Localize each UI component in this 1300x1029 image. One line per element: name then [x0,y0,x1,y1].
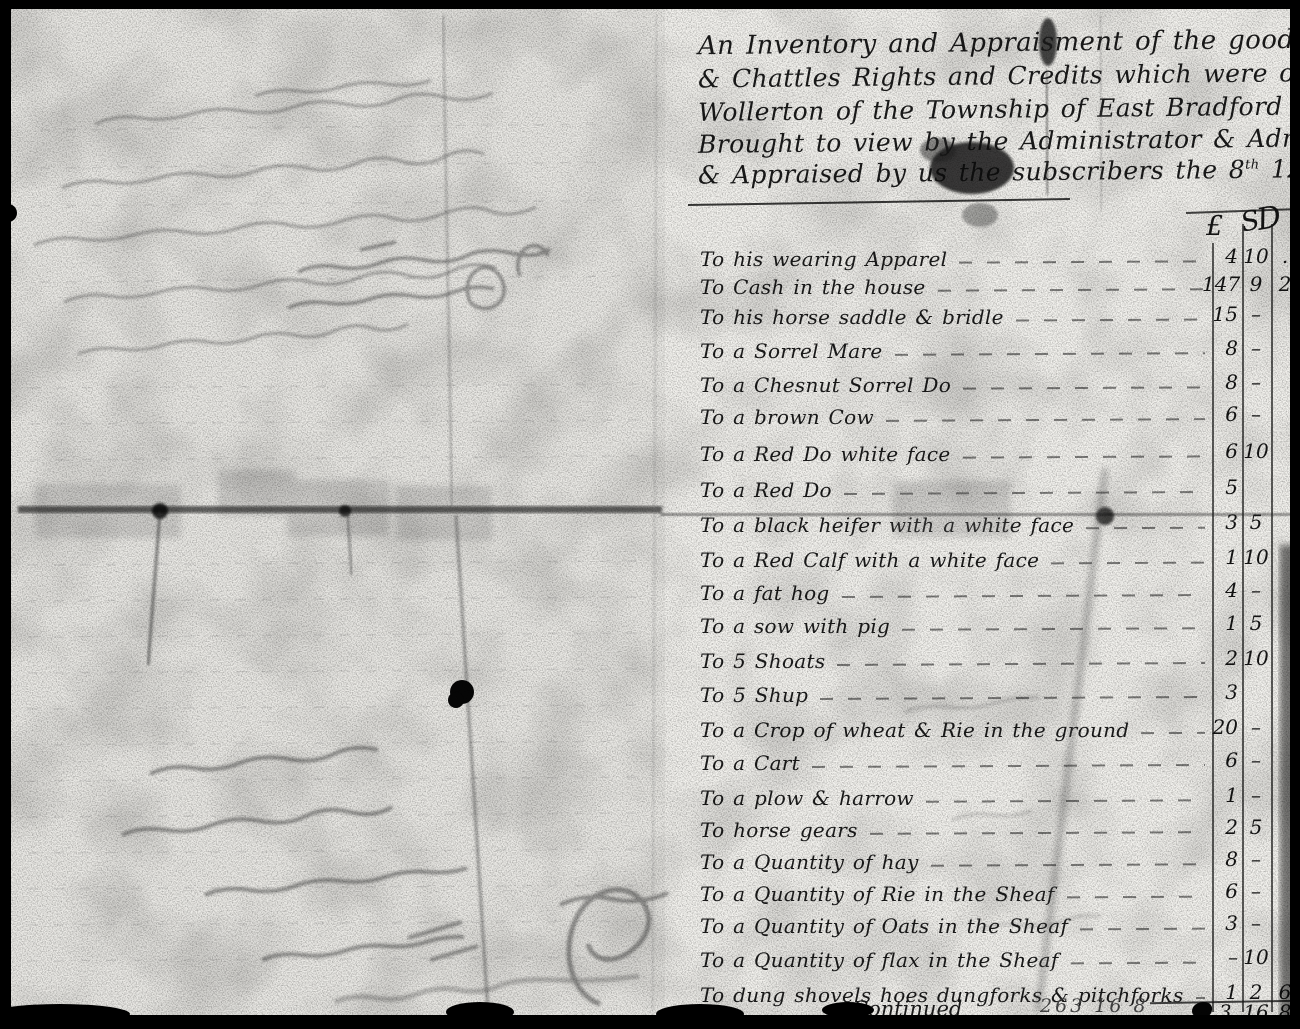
pencil-total-annotation: 263 16 8 [1040,996,1149,1016]
row-line: To a Chesnut Sorrel Do [700,367,1205,397]
item-pounds: 2 [1202,812,1238,842]
title-date-sup-th: th [1245,157,1260,172]
row-line: To a brown Cow [700,399,1205,429]
inventory-row: To a Quantity of Rie in the Sheaf 6 – [0,876,1300,906]
item-pounds: 1 [1202,780,1238,810]
item-shillings: 10 [1243,436,1269,466]
leader-dashes [1051,562,1205,565]
row-line: To a Crop of wheat & Rie in the ground [700,712,1205,742]
inventory-row: To horse gears 2 5 [0,812,1300,842]
item-text: To a Sorrel Mare [700,339,895,363]
leader-dashes [902,627,1205,631]
item-shillings: – [1243,333,1269,363]
item-text: To a Cart [700,751,812,775]
item-shillings: 10 [1243,942,1269,972]
row-line: To horse gears [700,812,1205,842]
item-pounds: 8 [1202,333,1238,363]
item-text: To 5 Shoats [700,649,837,673]
item-pounds: 1 [1202,542,1238,572]
leader-dashes [926,799,1205,802]
item-text: To a Chesnut Sorrel Do [700,373,963,397]
row-line: To a Cart [700,745,1205,775]
item-shillings: 10 [1243,542,1269,572]
leader-dashes [1067,896,1205,899]
leader-dashes [870,831,1205,835]
item-shillings: – [1243,780,1269,810]
pounds-column-header: £ [1206,211,1223,242]
header-rule [688,198,1070,206]
leader-dashes [963,455,1205,458]
item-pounds: 3 [1202,677,1238,707]
inventory-row: To a plow & harrow 1 – [0,780,1300,810]
inventory-row: To a fat hog 4 – [0,575,1300,605]
leader-dashes [820,696,1205,700]
row-line: To a black heifer with a white face [700,507,1205,537]
item-pounds: 4 [1202,575,1238,605]
inventory-row: To a brown Cow 6 – [0,399,1300,429]
row-line: To his horse saddle & bridle [700,299,1205,329]
item-pounds: 8 [1202,367,1238,397]
item-shillings: 5 [1243,608,1269,638]
scan-border-right [1290,0,1300,1029]
row-line: To a Red Do [700,472,1205,502]
scan-border-top [0,0,1300,9]
item-shillings: 10 [1243,241,1269,271]
item-text: To a Quantity of Rie in the Sheaf [700,882,1067,906]
item-pounds: 6 [1202,436,1238,466]
leader-dashes [963,386,1205,389]
item-text: To his wearing Apparel [700,247,959,271]
item-text: To a fat hog [700,581,842,605]
item-pounds: – [1202,942,1238,972]
leader-dashes [959,260,1205,263]
item-shillings: – [1243,299,1269,329]
scan-border-bottom [0,1015,1300,1029]
item-pounds: 8 [1202,844,1238,874]
row-line: To a plow & harrow [700,780,1205,810]
item-shillings: 10 [1243,643,1269,673]
row-line: To his wearing Apparel [700,241,1205,271]
leader-dashes [1141,732,1205,734]
row-line: To a Quantity of Oats in the Sheaf [700,908,1205,938]
item-shillings: – [1243,844,1269,874]
item-shillings: – [1243,745,1269,775]
item-pounds: 5 [1202,472,1238,502]
inventory-row: To a Quantity of Oats in the Sheaf 3 – [0,908,1300,938]
inventory-row: To a Red Calf with a white face 1 10 [0,542,1300,572]
row-line: To a Sorrel Mare [700,333,1205,363]
pence-column-header: D [1254,199,1284,238]
item-shillings: – [1243,575,1269,605]
item-pounds: 3 [1202,507,1238,537]
item-text: To Cash in the house [700,275,938,299]
leader-dashes [1071,962,1205,965]
item-text: To a Quantity of flax in the Sheaf [700,948,1071,972]
item-pounds: 15 [1202,299,1238,329]
item-text: To horse gears [700,818,870,842]
leader-dashes [837,662,1205,666]
item-pounds: 1 [1202,608,1238,638]
title-line-3: Wollerton of the Township of East Bradfo… [698,90,1300,127]
title-line-4: Brought to view by the Administrator & A… [698,122,1300,159]
item-text: To a Red Do [700,478,844,502]
title-line-1: An Inventory and Appraisment of the good… [698,25,1300,61]
leader-dashes [844,491,1205,495]
row-line: To a fat hog [700,575,1205,605]
leader-dashes [1016,319,1205,322]
item-text: To a sow with pig [700,614,902,638]
item-text: To a Crop of wheat & Rie in the ground [700,718,1141,742]
leader-dashes [938,288,1205,291]
item-text: To a brown Cow [700,405,886,429]
inventory-row: To his wearing Apparel 4 10 . [0,241,1300,271]
inventory-row: To a Quantity of flax in the Sheaf – 10 [0,942,1300,972]
inventory-row: To a Sorrel Mare 8 – [0,333,1300,363]
inventory-row: To his horse saddle & bridle 15 – [0,299,1300,329]
inventory-row: To a Cart 6 – [0,745,1300,775]
inventory-row: To 5 Shoats 2 10 [0,643,1300,673]
inventory-row: To 5 Shup 3 [0,677,1300,707]
item-text: To a plow & harrow [700,786,926,810]
item-pounds: 20 [1202,712,1238,742]
item-pounds: 4 [1202,241,1238,271]
item-shillings: – [1243,712,1269,742]
title-line-5: & Appraised by us the subscribers the 8t… [698,153,1300,189]
leader-dashes [1086,527,1205,530]
leader-dashes [812,764,1205,768]
item-shillings: – [1243,367,1269,397]
row-line: To a Red Do white face [700,436,1205,466]
scan-border-left [0,0,11,1029]
leader-dashes [886,418,1205,422]
leader-dashes [895,352,1205,356]
inventory-row: To a sow with pig 1 5 [0,608,1300,638]
item-pounds: 2 [1202,643,1238,673]
leader-dashes [842,594,1205,598]
title-date-prefix: & Appraised by us the subscribers the 8 [698,155,1245,190]
leader-dashes [931,863,1205,866]
row-line: To a Quantity of hay [700,844,1205,874]
item-shillings: – [1243,399,1269,429]
item-shillings: – [1243,876,1269,906]
item-shillings: 5 [1243,812,1269,842]
row-line: To 5 Shoats [700,643,1205,673]
item-text: To a Red Do white face [700,442,963,466]
item-text: To a Quantity of Oats in the Sheaf [700,914,1080,938]
row-line: To 5 Shup [700,677,1205,707]
inventory-row: To a Chesnut Sorrel Do 8 – [0,367,1300,397]
title-line-2: & Chattles Rights and Credits which were… [698,57,1300,93]
item-pounds: 6 [1202,876,1238,906]
item-shillings: – [1243,908,1269,938]
right-page-content: An Inventory and Appraisment of the good… [0,0,1300,1029]
inventory-row: To a Quantity of hay 8 – [0,844,1300,874]
item-text: To 5 Shup [700,683,820,707]
inventory-row: To Cash in the house 147 9 2 [0,269,1300,299]
inventory-row: To a black heifer with a white face 3 5 [0,507,1300,537]
item-text: To a black heifer with a white face [700,513,1086,537]
item-pounds: 6 [1202,399,1238,429]
leader-dashes [1080,928,1205,931]
item-text: To his horse saddle & bridle [700,305,1016,329]
row-line: To Cash in the house [700,269,1205,299]
inventory-row: To a Crop of wheat & Rie in the ground 2… [0,712,1300,742]
item-shillings: 9 [1243,269,1269,299]
scanned-inventory-document: An Inventory and Appraisment of the good… [0,0,1300,1029]
row-line: To a Quantity of flax in the Sheaf [700,942,1205,972]
item-shillings: 5 [1243,507,1269,537]
row-line: To a Red Calf with a white face [700,542,1205,572]
item-pounds: 147 [1202,269,1238,299]
row-line: To a sow with pig [700,608,1205,638]
item-text: To a Red Calf with a white face [700,548,1051,572]
item-pounds: 6 [1202,745,1238,775]
inventory-row: To a Red Do 5 [0,472,1300,502]
inventory-row: To a Red Do white face 6 10 [0,436,1300,466]
row-line: To a Quantity of Rie in the Sheaf [700,876,1205,906]
item-text: To a Quantity of hay [700,850,931,874]
item-pounds: 3 [1202,908,1238,938]
